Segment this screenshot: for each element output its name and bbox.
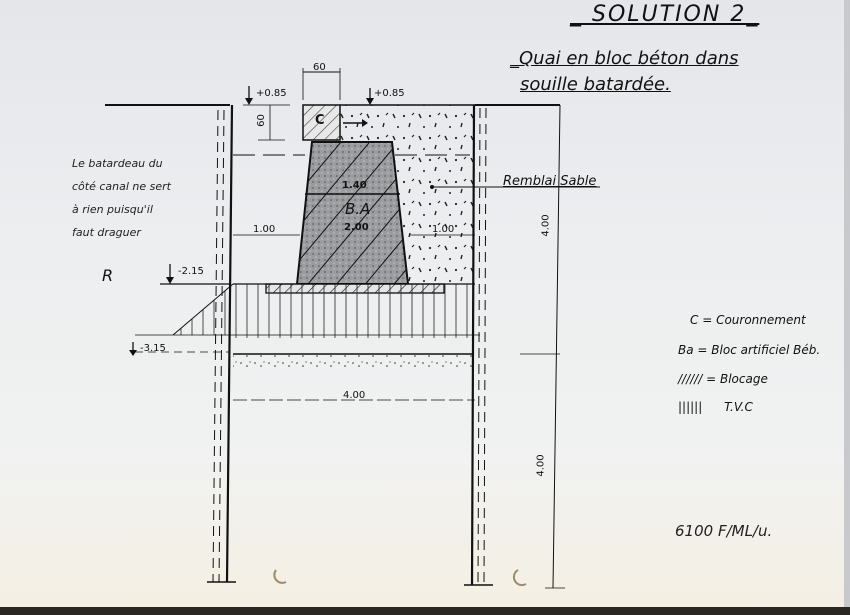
sheet-spacing-label: 4.00 — [343, 390, 365, 401]
legend-symbol: C = — [690, 313, 712, 327]
legend-symbol: Ba = — [678, 343, 707, 357]
subtitle-line-1: _Quai en bloc béton dans — [510, 46, 739, 72]
remblai-label: Remblai Sable — [503, 174, 596, 189]
table-edge — [0, 607, 850, 615]
legend-symbol: |||||| — [678, 400, 702, 414]
initials: R — [102, 266, 113, 285]
block-top-width-label: 1.40 — [342, 180, 367, 191]
note-line: côté canal ne sert — [72, 175, 171, 198]
coping-width-label: 60 — [313, 62, 326, 73]
legend-text: Bloc artificiel Béb. — [711, 343, 820, 357]
vertical-lower-label: 4.00 — [536, 454, 547, 476]
note-line: à rien puisqu'il — [72, 198, 171, 221]
blocage-layer — [233, 354, 473, 368]
block-bottom-width-label: 2.00 — [344, 222, 369, 233]
legend-item: |||||| T.V.C — [678, 400, 753, 414]
drawing-subtitle: _Quai en bloc béton dans souille batardé… — [510, 46, 739, 98]
legend-text: Couronnement — [716, 313, 806, 327]
handwritten-note: Le batardeau du côté canal ne sert à rie… — [72, 152, 171, 244]
right-offset-label: 1.00 — [432, 224, 454, 235]
level-bottom-label: -3.15 — [140, 343, 166, 354]
vertical-upper-label: 4.00 — [541, 214, 552, 236]
level-right-label: +0.85 — [374, 88, 405, 99]
legend-text: T.V.C — [724, 400, 753, 414]
legend-text: Blocage — [720, 372, 768, 386]
level-dredge-label: -2.15 — [178, 266, 204, 277]
legend-item: Ba = Bloc artificiel Béb. — [678, 343, 820, 357]
legend-symbol: ////// = — [678, 372, 716, 386]
sheet-pile-left — [227, 105, 232, 582]
legend-item: ////// = Blocage — [678, 372, 768, 386]
tvc-zone — [233, 284, 473, 338]
block-label: B.A — [345, 200, 370, 218]
drawing-title: _ SOLUTION 2_ — [570, 2, 759, 27]
price-note: 6100 F/ML/u. — [675, 522, 772, 540]
legend-item: C = Couronnement — [690, 313, 806, 327]
note-line: Le batardeau du — [72, 152, 171, 175]
coping-label: C — [315, 113, 325, 128]
coping-height-label: 60 — [256, 114, 267, 127]
note-line: faut draguer — [72, 221, 171, 244]
left-offset-label: 1.00 — [253, 224, 275, 235]
level-left-label: +0.85 — [256, 88, 287, 99]
subtitle-line-2: souille batardée. — [520, 72, 739, 98]
